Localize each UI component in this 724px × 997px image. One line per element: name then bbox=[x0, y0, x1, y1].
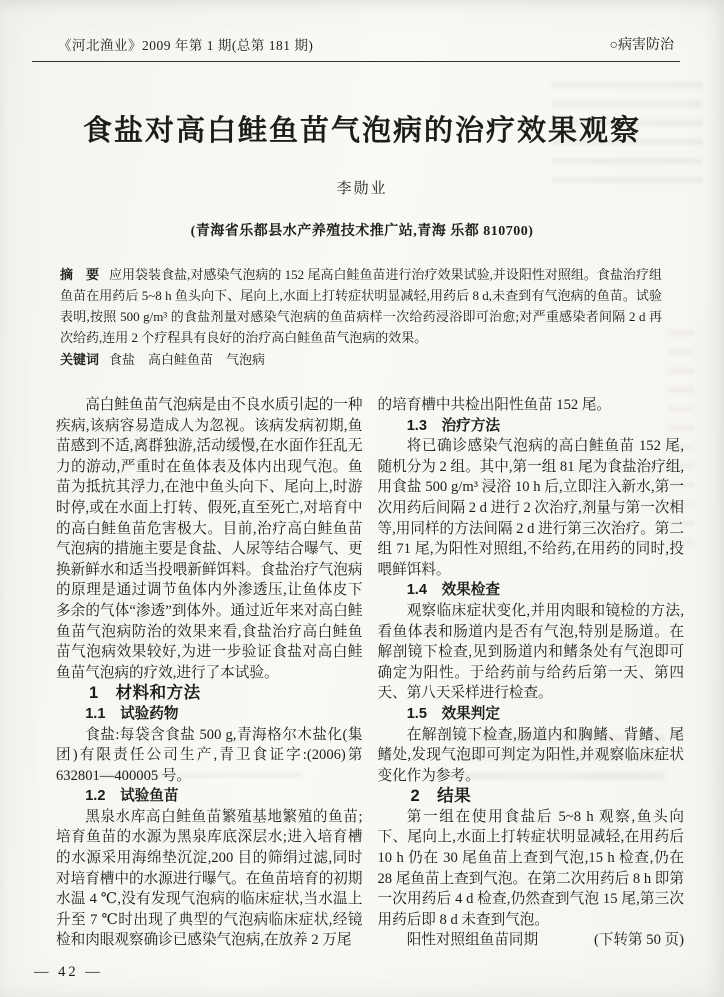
article-title: 食盐对高白鲑鱼苗气泡病的治疗效果观察 bbox=[40, 108, 684, 149]
section-1-5-heading: 1.5 效果判定 bbox=[378, 704, 685, 725]
header-divider bbox=[32, 61, 680, 62]
section-1-1-paragraph: 食盐:每袋含食盐 500 g,青海格尔木盐化(集团)有限责任公司生产,青卫食证字… bbox=[56, 725, 363, 787]
section-1-5-paragraph: 在解剖镜下检查,肠道内和胸鳍、背鳍、尾鳍处,发现气泡即可判定为阳性,并观察临床症… bbox=[378, 725, 685, 787]
right-column: 的培育槽中共检出阳性鱼苗 152 尾。 1.3 治疗方法 将已确诊感染气泡病的高… bbox=[378, 395, 685, 951]
section-2-heading: 2 结果 bbox=[378, 786, 685, 807]
page-number: — 42 — bbox=[34, 964, 103, 981]
abstract-block: 摘 要应用袋装食盐,对感染气泡病的 152 尾高白鲑鱼苗进行治疗效果试验,并设阳… bbox=[60, 264, 662, 348]
journal-issue-info: 《河北渔业》2009 年第 1 期(总第 181 期) bbox=[58, 34, 313, 54]
results-final-line: 阳性对照组鱼苗同期 (下转第 50 页) bbox=[378, 930, 685, 951]
section-1-2-heading: 1.2 试验鱼苗 bbox=[56, 786, 363, 807]
page-header: 《河北渔业》2009 年第 1 期(总第 181 期) ○病害防治 bbox=[0, 0, 724, 54]
column-category: ○病害防治 bbox=[610, 34, 674, 54]
section-1-2-continuation: 的培育槽中共检出阳性鱼苗 152 尾。 bbox=[378, 395, 685, 416]
section-1-2-paragraph: 黑泉水库高白鲑鱼苗繁殖基地繁殖的鱼苗;培育鱼苗的水源为黑泉库底深层水;进入培育槽… bbox=[56, 807, 363, 951]
keywords-text: 食盐 高白鲑鱼苗 气泡病 bbox=[109, 352, 265, 367]
section-1-4-paragraph: 观察临床症状变化,并用肉眼和镜检的方法,看鱼体表和肠道内是否有气泡,特别是肠道。… bbox=[378, 601, 685, 704]
section-1-heading: 1 材料和方法 bbox=[56, 683, 363, 704]
left-column: 高白鲑鱼苗气泡病是由不良水质引起的一种疾病,该病容易造成人为忽视。该病发病初期,… bbox=[56, 395, 363, 951]
results-paragraph: 第一组在使用食盐后 5~8 h 观察,鱼头向下、尾向上,水面上打转症状明显减轻,… bbox=[378, 807, 685, 931]
article-body: 高白鲑鱼苗气泡病是由不良水质引起的一种疾病,该病容易造成人为忽视。该病发病初期,… bbox=[0, 395, 724, 951]
continued-on-page-note: (下转第 50 页) bbox=[594, 930, 684, 951]
results-final-text: 阳性对照组鱼苗同期 bbox=[378, 930, 539, 951]
keywords-block: 关键词食盐 高白鲑鱼苗 气泡病 bbox=[60, 349, 662, 370]
abstract-text: 应用袋装食盐,对感染气泡病的 152 尾高白鲑鱼苗进行治疗效果试验,并设阳性对照… bbox=[60, 267, 662, 345]
author-affiliation: (青海省乐都县水产养殖技术推广站,青海 乐都 810700) bbox=[0, 220, 724, 240]
author-name: 李勋业 bbox=[0, 177, 724, 198]
journal-page: 《河北渔业》2009 年第 1 期(总第 181 期) ○病害防治 食盐对高白鲑… bbox=[0, 0, 724, 997]
section-1-1-heading: 1.1 试验药物 bbox=[56, 704, 363, 725]
keywords-label: 关键词 bbox=[60, 352, 99, 367]
abstract-label: 摘 要 bbox=[60, 267, 99, 282]
section-1-3-paragraph: 将已确诊感染气泡病的高白鲑鱼苗 152 尾,随机分为 2 组。其中,第一组 81… bbox=[378, 436, 685, 580]
section-1-4-heading: 1.4 效果检查 bbox=[378, 580, 685, 601]
section-1-3-heading: 1.3 治疗方法 bbox=[378, 416, 685, 437]
intro-paragraph: 高白鲑鱼苗气泡病是由不良水质引起的一种疾病,该病容易造成人为忽视。该病发病初期,… bbox=[56, 395, 363, 683]
